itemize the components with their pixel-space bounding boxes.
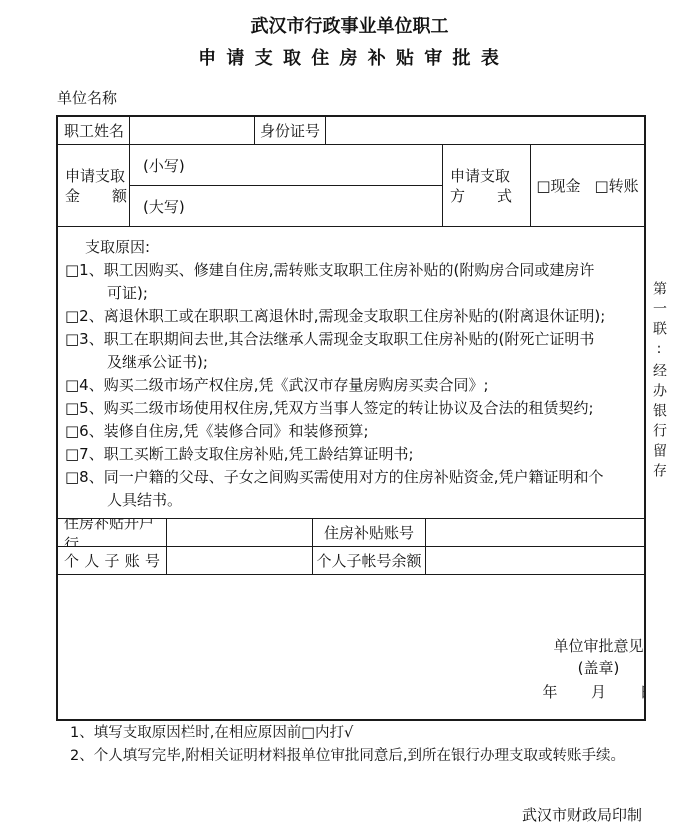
amount-label-line1: 申请支取	[65, 166, 127, 186]
method-label-line1: 申请支取	[450, 166, 512, 186]
table-row-amount: 申请支取 金 额 (小写) (大写) 申请支取 方 式	[58, 145, 644, 227]
id-number-label: 身份证号	[255, 117, 326, 144]
amount-lowercase-field[interactable]: (小写)	[130, 145, 442, 186]
copy-retention-note: 第一联:经办银行留存	[649, 281, 669, 483]
reason-item-1[interactable]: □1、职工因购买、修建自住房,需转账支取职工住房补贴的(附购房合同或建房许可证)…	[65, 259, 606, 305]
reason-item-4[interactable]: □4、购买二级市场产权住房,凭《武汉市存量房购房买卖合同》;	[65, 374, 606, 397]
reason-item-6[interactable]: □6、装修自住房,凭《装修合同》和装修预算;	[65, 420, 606, 443]
id-number-field[interactable]	[326, 117, 644, 144]
form-title-line2: 申 请 支 取 住 房 补 贴 审 批 表	[0, 44, 699, 70]
date-month-label: 月	[591, 681, 606, 703]
subsidy-account-label: 住房补贴账号	[313, 519, 426, 546]
approval-cell[interactable]: 单位审批意见 (盖章) 年 月 日	[58, 575, 644, 719]
employee-name-field[interactable]	[130, 117, 255, 144]
amount-lowercase-label: (小写)	[143, 155, 185, 176]
sub-account-label: 个 人 子 账 号	[64, 550, 160, 571]
table-row-approval: 单位审批意见 (盖章) 年 月 日	[58, 575, 644, 719]
amount-uppercase-field[interactable]: (大写)	[130, 186, 442, 226]
amount-label-cell: 申请支取 金 额	[58, 145, 130, 226]
table-row-bank: 住房补贴开户行 住房补贴账号	[58, 519, 644, 547]
method-options-cell: □现金 □转账	[531, 145, 644, 226]
amount-uppercase-label: (大写)	[143, 196, 185, 217]
reason-item-2[interactable]: □2、离退休职工或在职职工离退休时,需现金支取职工住房补贴的(附离退休证明);	[65, 305, 606, 328]
approval-date-row: 年 月 日	[543, 681, 645, 703]
footer-notes: 1、填写支取原因栏时,在相应原因前□内打√ 2、个人填写完毕,附相关证明材料报单…	[70, 722, 670, 768]
unit-name-label: 单位名称	[57, 87, 117, 108]
table-row-subaccount: 个 人 子 账 号 个人子帐号余额	[58, 547, 644, 575]
employee-name-label: 职工姓名	[58, 117, 130, 144]
method-label-line2: 方 式	[450, 186, 512, 206]
reason-item-8[interactable]: □8、同一户籍的父母、子女之间购买需使用对方的住房补贴资金,凭户籍证明和个人具结…	[65, 466, 606, 512]
reasons-cell: 支取原因: □1、职工因购买、修建自住房,需转账支取职工住房补贴的(附购房合同或…	[58, 227, 644, 518]
subsidy-bank-field[interactable]	[167, 519, 313, 546]
approval-title: 单位审批意见	[526, 635, 644, 657]
method-label-cell: 申请支取 方 式	[443, 145, 531, 226]
date-year-label: 年	[543, 681, 558, 703]
subsidy-bank-label: 住房补贴开户行	[58, 519, 167, 546]
table-row-reasons: 支取原因: □1、职工因购买、修建自住房,需转账支取职工住房补贴的(附购房合同或…	[58, 227, 644, 519]
reason-item-7[interactable]: □7、职工买断工龄支取住房补贴,凭工龄结算证明书;	[65, 443, 606, 466]
printer-imprint: 武汉市财政局印制	[522, 804, 642, 825]
reason-item-3[interactable]: □3、职工在职期间去世,其合法继承人需现金支取职工住房补贴的(附死亡证明书及继承…	[65, 328, 606, 374]
sub-account-label-cell: 个 人 子 账 号	[58, 547, 167, 574]
form-title-line1: 武汉市行政事业单位职工	[0, 12, 699, 38]
reason-item-5[interactable]: □5、购买二级市场使用权住房,凭双方当事人签定的转让协议及合法的租赁契约;	[65, 397, 606, 420]
footer-note-1: 1、填写支取原因栏时,在相应原因前□内打√	[70, 722, 670, 745]
table-row-identity: 职工姓名 身份证号	[58, 117, 644, 145]
amount-label-line2: 金 额	[65, 186, 127, 206]
reasons-heading: 支取原因:	[85, 236, 606, 259]
transfer-checkbox-option[interactable]: □转账	[595, 175, 639, 196]
form-table: 职工姓名 身份证号 申请支取 金 额 (小写) (大写)	[56, 115, 646, 721]
approval-block: 单位审批意见 (盖章) 年 月 日	[526, 635, 644, 703]
subsidy-account-field[interactable]	[426, 519, 644, 546]
sub-account-balance-field[interactable]	[426, 547, 644, 574]
cash-checkbox-option[interactable]: □现金	[536, 175, 580, 196]
date-day-label: 日	[639, 681, 644, 703]
sub-account-field[interactable]	[167, 547, 313, 574]
approval-stamp-label: (盖章)	[526, 657, 644, 679]
amount-value-cell: (小写) (大写)	[130, 145, 443, 226]
form-page: 武汉市行政事业单位职工 申 请 支 取 住 房 补 贴 审 批 表 单位名称 职…	[0, 0, 699, 832]
footer-note-2: 2、个人填写完毕,附相关证明材料报单位审批同意后,到所在银行办理支取或转账手续。	[70, 745, 670, 768]
sub-account-balance-label: 个人子帐号余额	[313, 547, 426, 574]
